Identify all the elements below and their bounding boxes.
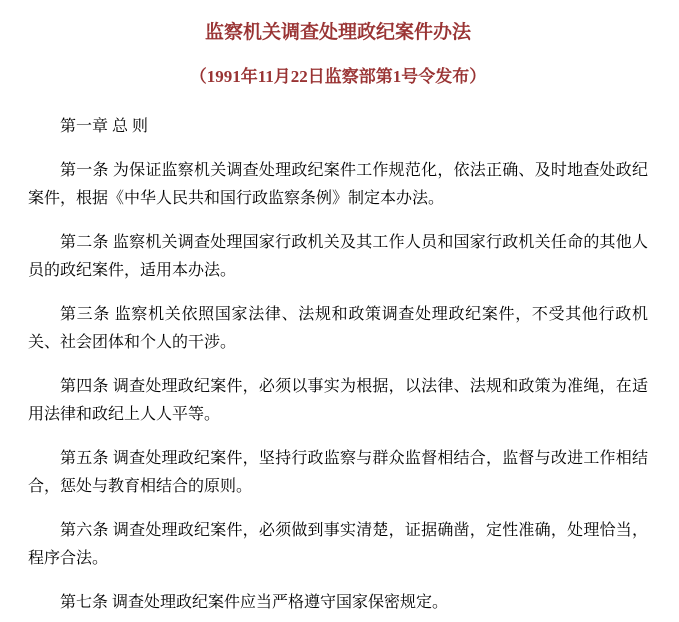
article-5: 第五条 调查处理政纪案件，坚持行政监察与群众监督相结合，监督与改进工作相结合，惩… xyxy=(28,445,648,501)
document-subtitle: （1991年11月22日监察部第1号令发布） xyxy=(28,67,648,87)
article-7: 第七条 调查处理政纪案件应当严格遵守国家保密规定。 xyxy=(28,589,648,617)
article-6: 第六条 调查处理政纪案件，必须做到事实清楚，证据确凿，定性准确，处理恰当，程序合… xyxy=(28,517,648,573)
article-3: 第三条 监察机关依照国家法律、法规和政策调查处理政纪案件，不受其他行政机关、社会… xyxy=(28,301,648,357)
chapter-heading: 第一章 总 则 xyxy=(28,113,648,141)
document-title: 监察机关调查处理政纪案件办法 xyxy=(28,0,648,45)
article-4: 第四条 调查处理政纪案件，必须以事实为根据，以法律、法规和政策为准绳，在适用法律… xyxy=(28,373,648,429)
article-2: 第二条 监察机关调查处理国家行政机关及其工作人员和国家行政机关任命的其他人员的政… xyxy=(28,229,648,285)
document-page: 监察机关调查处理政纪案件办法 （1991年11月22日监察部第1号令发布） 第一… xyxy=(0,0,679,622)
article-1: 第一条 为保证监察机关调查处理政纪案件工作规范化，依法正确、及时地查处政纪案件，… xyxy=(28,157,648,213)
